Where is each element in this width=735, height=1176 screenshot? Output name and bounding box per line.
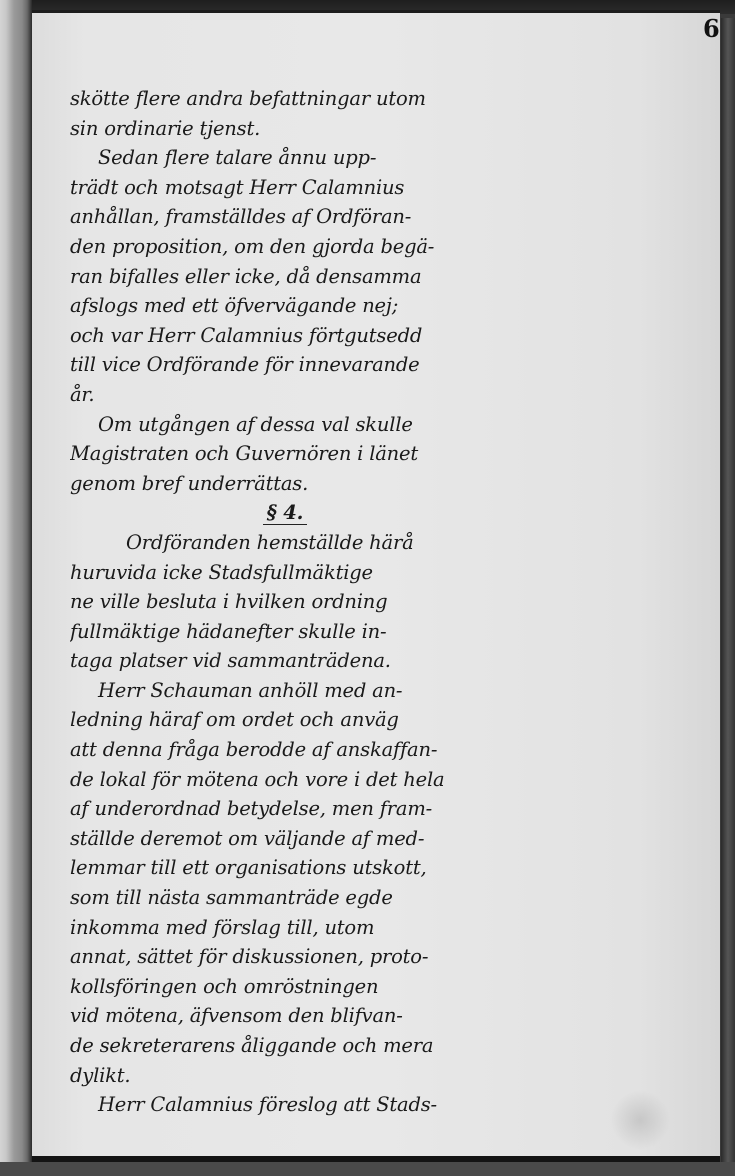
text-line: Herr Calamnius föreslog att Stads- xyxy=(70,1090,570,1120)
text-line: Sedan flere talare ånnu upp- xyxy=(70,143,570,173)
text-line: taga platser vid sammanträdena. xyxy=(70,646,570,676)
text-line: annat, sättet för diskussionen, proto- xyxy=(70,942,570,972)
book-right-edge xyxy=(721,18,735,1168)
text-line: de sekreterarens åliggande och mera xyxy=(70,1031,570,1061)
text-line: afslogs med ett öfvervägande nej; xyxy=(70,291,570,321)
text-line: som till nästa sammanträde egde xyxy=(70,883,570,913)
text-line: ställde deremot om väljande af med- xyxy=(70,824,570,854)
paper-stain xyxy=(610,1090,670,1150)
text-line: anhållan, framställdes af Ordföran- xyxy=(70,202,570,232)
text-line: Ordföranden hemställde härå xyxy=(70,528,570,558)
section-heading: § 4. xyxy=(70,498,570,528)
section-number: § 4. xyxy=(263,501,308,525)
text-line: de lokal för mötena och vore i det hela xyxy=(70,765,570,795)
text-line: fullmäktige hädanefter skulle in- xyxy=(70,617,570,647)
text-line: till vice Ordförande för innevarande xyxy=(70,350,570,380)
text-line: år. xyxy=(70,380,570,410)
text-line: Herr Schauman anhöll med an- xyxy=(70,676,570,706)
text-line: genom bref underrättas. xyxy=(70,469,570,499)
text-line: ledning häraf om ordet och anväg xyxy=(70,705,570,735)
text-line: af underordnad betydelse, men fram- xyxy=(70,794,570,824)
text-line: och var Herr Calamnius förtgutsedd xyxy=(70,321,570,351)
text-line: trädt och motsagt Herr Calamnius xyxy=(70,173,570,203)
page-number: 6 xyxy=(703,14,720,43)
text-line: ne ville besluta i hvilken ordning xyxy=(70,587,570,617)
text-line: Magistraten och Guvernören i länet xyxy=(70,439,570,469)
book-bottom-edge xyxy=(0,1162,735,1176)
text-line: huruvida icke Stadsfullmäktige xyxy=(70,558,570,588)
text-line: vid mötena, äfvensom den blifvan- xyxy=(70,1001,570,1031)
text-line: den proposition, om den gjorda begä- xyxy=(70,232,570,262)
text-line: att denna fråga berodde af anskaffan- xyxy=(70,735,570,765)
text-line: Om utgången af dessa val skulle xyxy=(70,410,570,440)
text-line: skötte flere andra befattningar utom xyxy=(70,84,570,114)
text-line: lemmar till ett organisations utskott, xyxy=(70,853,570,883)
handwritten-text-block: skötte flere andra befattningar utom sin… xyxy=(70,84,570,1120)
text-line: sin ordinarie tjenst. xyxy=(70,114,570,144)
text-line: ran bifalles eller icke, då densamma xyxy=(70,262,570,292)
text-line: inkomma med förslag till, utom xyxy=(70,913,570,943)
text-line: kollsföringen och omröstningen xyxy=(70,972,570,1002)
text-line: dylikt. xyxy=(70,1061,570,1091)
book-spine-binding xyxy=(0,0,32,1176)
